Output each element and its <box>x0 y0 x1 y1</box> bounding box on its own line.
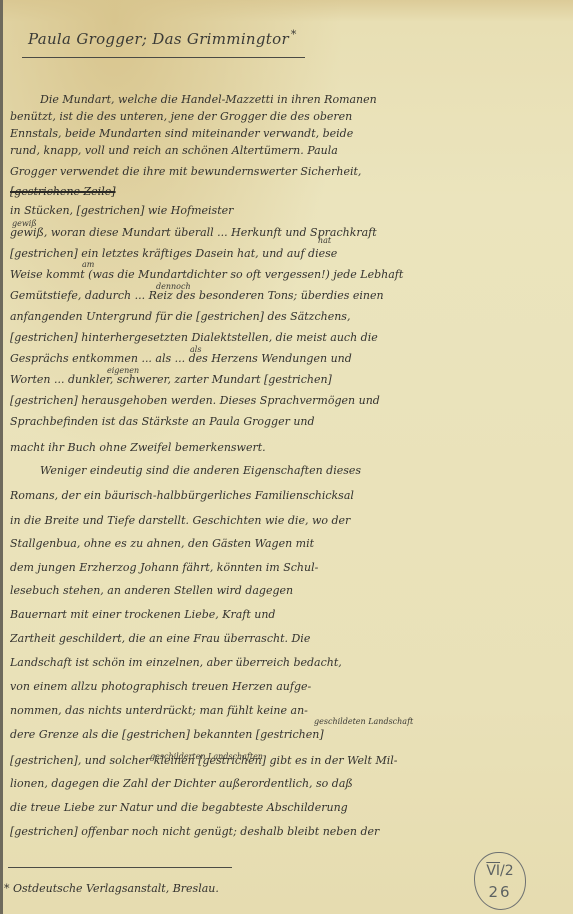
manuscript-line: dere Grenze als die [gestrichen] bekannt… <box>10 728 430 742</box>
manuscript-line: dem jungen Erzherzog Johann fährt, könnt… <box>10 561 430 575</box>
archive-stamp: VI/2 26 <box>474 852 526 910</box>
manuscript-line: [gestrichen] offenbar noch nicht genügt;… <box>10 825 430 839</box>
manuscript-line: Gesprächs entkommen ... als ... des Herz… <box>10 352 430 366</box>
footnote-divider <box>8 867 232 868</box>
title-footnote-marker: * <box>291 28 297 41</box>
manuscript-line: Sprachbefinden ist das Stärkste an Paula… <box>10 415 430 429</box>
manuscript-line: Landschaft ist schön im einzelnen, aber … <box>10 656 430 670</box>
manuscript-line: anfangenden Untergrund für die [gestrich… <box>10 310 430 324</box>
title-underline <box>22 57 305 58</box>
manuscript-line: Die Mundart, welche die Handel-Mazzetti … <box>40 93 430 107</box>
interlinear-note: eigenen <box>107 366 139 375</box>
manuscript-line: Weise kommt (was die Mundartdichter so o… <box>10 268 430 282</box>
manuscript-line: [gestrichene Zeile] <box>10 185 430 199</box>
manuscript-line: [gestrichen] ein letztes kräftiges Dasei… <box>10 247 430 261</box>
manuscript-line: in Stücken, [gestrichen] wie Hofmeister <box>10 204 430 218</box>
manuscript-line: Ennstals, beide Mundarten sind miteinand… <box>10 127 430 141</box>
manuscript-page: Paula Grogger; Das Grimmingtor* Die Mund… <box>0 0 573 914</box>
footnote: * Ostdeutsche Verlagsanstalt, Breslau. <box>4 882 219 895</box>
stamp-bottom: 26 <box>475 883 525 901</box>
interlinear-note: dennoch <box>156 282 191 291</box>
interlinear-note: geschilderten Landschaften <box>150 752 263 761</box>
manuscript-line: Bauernart mit einer trockenen Liebe, Kra… <box>10 608 430 622</box>
page-edge-shadow <box>0 0 3 914</box>
stamp-sub: /2 <box>500 863 514 879</box>
interlinear-note: hat <box>318 236 331 245</box>
manuscript-line: Stallgenbua, ohne es zu ahnen, den Gäste… <box>10 537 430 551</box>
manuscript-line: gewiß, woran diese Mundart überall ... H… <box>10 226 430 240</box>
manuscript-line: lesebuch stehen, an anderen Stellen wird… <box>10 584 430 598</box>
manuscript-line: von einem allzu photographisch treuen He… <box>10 680 430 694</box>
stamp-numeral: VI <box>486 863 500 879</box>
manuscript-line: benützt, ist die des unteren, jene der G… <box>10 110 430 124</box>
manuscript-line: rund, knapp, voll und reich an schönen A… <box>10 144 430 158</box>
stamp-top: VI/2 <box>475 863 525 879</box>
manuscript-line: Romans, der ein bäurisch-halbbürgerliche… <box>10 489 430 503</box>
manuscript-line: Grogger verwendet die ihre mit bewundern… <box>10 165 430 179</box>
manuscript-line: lionen, dagegen die Zahl der Dichter auß… <box>10 777 430 791</box>
manuscript-title: Paula Grogger; Das Grimmingtor* <box>28 28 297 48</box>
interlinear-note: gewiß <box>12 219 37 228</box>
manuscript-line: Gemütstiefe, dadurch ... Reiz des besond… <box>10 289 430 303</box>
manuscript-line: Worten ... dunkler, schwerer, zarter Mun… <box>10 373 430 387</box>
manuscript-line: [gestrichen] herausgehoben werden. Diese… <box>10 394 430 408</box>
interlinear-note: als <box>190 345 201 354</box>
manuscript-line: Zartheit geschildert, die an eine Frau ü… <box>10 632 430 646</box>
interlinear-note: geschildeten Landschaft <box>314 717 413 726</box>
manuscript-line: Weniger eindeutig sind die anderen Eigen… <box>40 464 430 478</box>
title-text: Paula Grogger; Das Grimmingtor <box>28 30 289 48</box>
manuscript-line: macht ihr Buch ohne Zweifel bemerkenswer… <box>10 441 430 455</box>
manuscript-line: in die Breite und Tiefe darstellt. Gesch… <box>10 514 430 528</box>
manuscript-line: nommen, das nichts unterdrückt; man fühl… <box>10 704 430 718</box>
manuscript-line: [gestrichen] hinterhergesetzten Dialekts… <box>10 331 430 345</box>
interlinear-note: am <box>82 260 94 269</box>
manuscript-line: die treue Liebe zur Natur und die begabt… <box>10 801 430 815</box>
